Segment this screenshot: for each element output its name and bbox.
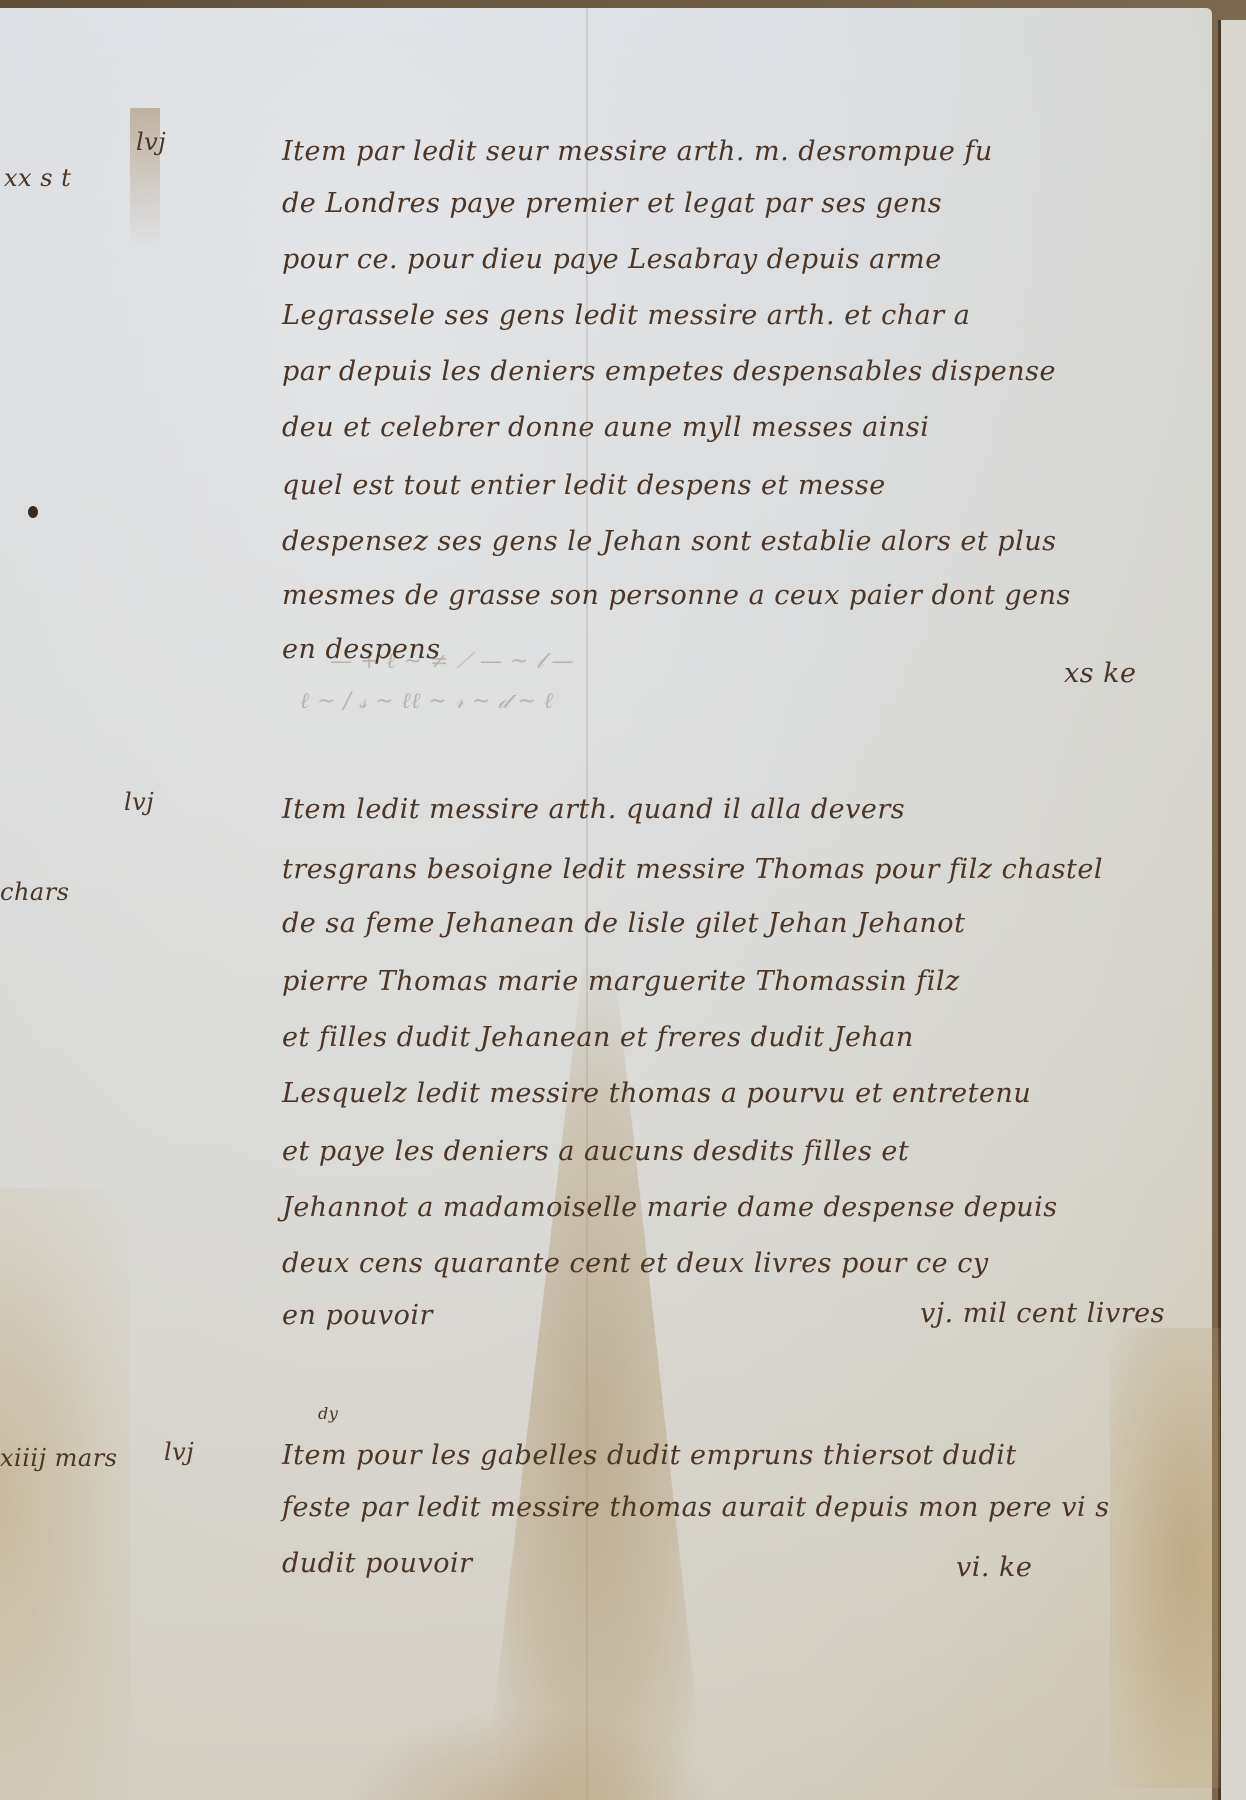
text-line: pierre Thomas marie marguerite Thomassin… xyxy=(282,966,960,997)
manuscript-page: — + ℓ ~ ≠ ⟋ — ~ 𝓁 — ℓ ~ / 𝓈 ~ ℓℓ ~ 𝓇 ~ 𝒹… xyxy=(0,8,1212,1800)
text-line: feste par ledit messire thomas aurait de… xyxy=(282,1492,1110,1523)
entry-sum: vj. mil cent livres xyxy=(920,1298,1165,1329)
adjacent-leaf-edge xyxy=(1218,20,1246,1800)
text-line: Legrassele ses gens ledit messire arth. … xyxy=(282,300,970,331)
margin-note: xiiij mars xyxy=(0,1444,118,1472)
text-line: tresgrans besoigne ledit messire Thomas … xyxy=(282,854,1103,885)
show-through-text: ℓ ~ / 𝓈 ~ ℓℓ ~ 𝓇 ~ 𝒹 ~ ℓ xyxy=(300,688,554,714)
text-line: de Londres paye premier et legat par ses… xyxy=(282,188,942,219)
text-line: et filles dudit Jehanean et freres dudit… xyxy=(282,1022,914,1053)
entry-sum: vi. ke xyxy=(956,1552,1032,1583)
water-stain-left xyxy=(0,1188,130,1800)
page-fold-crease xyxy=(586,8,588,1800)
text-line: Item par ledit seur messire arth. m. des… xyxy=(282,136,993,167)
text-line: Lesquelz ledit messire thomas a pourvu e… xyxy=(282,1078,1031,1109)
margin-item-number: lvj xyxy=(136,128,166,156)
text-line: quel est tout entier ledit despens et me… xyxy=(282,470,886,501)
margin-item-number: lvj xyxy=(124,788,154,816)
text-line: Item pour les gabelles dudit empruns thi… xyxy=(282,1440,1017,1471)
text-line: dudit pouvoir xyxy=(282,1548,473,1579)
text-line: de sa feme Jehanean de lisle gilet Jehan… xyxy=(282,908,965,939)
margin-item-number: lvj xyxy=(164,1438,194,1466)
ink-blot xyxy=(28,506,38,518)
text-line: et paye les deniers a aucuns desdits fil… xyxy=(282,1136,909,1167)
water-stain-right xyxy=(1110,1328,1220,1788)
text-line: Jehannot a madamoiselle marie dame despe… xyxy=(282,1192,1058,1223)
entry-sum: xs ke xyxy=(1064,658,1137,689)
text-line: deu et celebrer donne aune myll messes a… xyxy=(282,412,929,443)
text-line: pour ce. pour dieu paye Lesabray depuis … xyxy=(282,244,942,275)
text-line: mesmes de grasse son personne a ceux pai… xyxy=(282,580,1071,611)
text-line: en pouvoir xyxy=(282,1300,433,1331)
text-line: en despens xyxy=(282,634,441,665)
margin-note: chars xyxy=(0,878,70,906)
water-stain-bottom xyxy=(340,1708,720,1800)
text-line: despensez ses gens le Jehan sont establi… xyxy=(282,526,1056,557)
text-line: Item ledit messire arth. quand il alla d… xyxy=(282,794,905,825)
superscript-mark: dy xyxy=(318,1404,338,1423)
text-line: deux cens quarante cent et deux livres p… xyxy=(282,1248,989,1279)
text-line: par depuis les deniers empetes despensab… xyxy=(282,356,1056,387)
margin-note: xx s t xyxy=(4,164,71,192)
